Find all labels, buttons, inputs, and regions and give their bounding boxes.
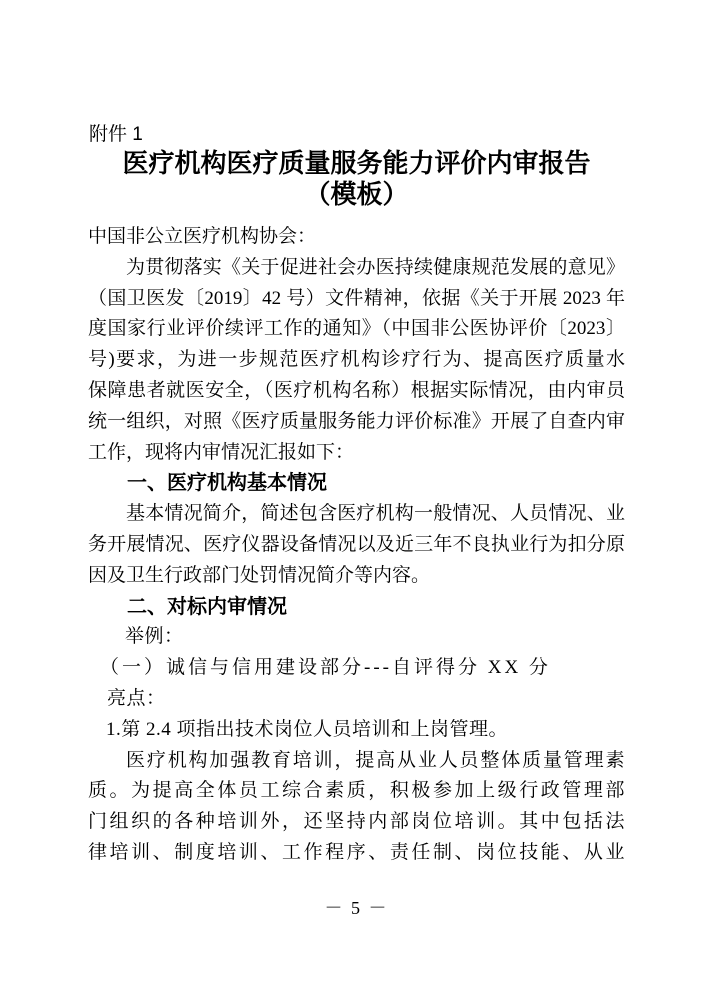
paragraph1-line: 度国家行业评价续评工作的通知》（中国非公医协评价〔2023〕: [88, 314, 625, 345]
example-label: 举例：: [88, 622, 625, 653]
section1-heading: 一、医疗机构基本情况: [88, 468, 625, 499]
paragraph1-line: 为贯彻落实《关于促进社会办医持续健康规范发展的意见》: [88, 253, 625, 284]
paragraph3-line: 质。为提高全体员工综合素质，积极参加上级行政管理部: [88, 776, 625, 807]
highlights-label: 亮点：: [88, 684, 625, 715]
document-body: 中国非公立医疗机构协会： 为贯彻落实《关于促进社会办医持续健康规范发展的意见》 …: [88, 222, 625, 869]
document-title-line1: 医疗机构医疗质量服务能力评价内审报告: [88, 148, 625, 179]
paragraph2-line: 务开展情况、医疗仪器设备情况以及近三年不良执业行为扣分原: [88, 530, 625, 561]
section2-heading: 二、对标内审情况: [88, 592, 625, 623]
highlight-item: 1.第 2.4 项指出技术岗位人员培训和上岗管理。: [88, 715, 625, 746]
paragraph1-line: 号)要求，为进一步规范医疗机构诊疗行为、提高医疗质量水平、: [88, 345, 625, 376]
paragraph3-line: 律培训、制度培训、工作程序、责任制、岗位技能、从业: [88, 838, 625, 869]
paragraph3-line: 门组织的各种培训外，还坚持内部岗位培训。其中包括法: [88, 807, 625, 838]
document-page: 附件 1 医疗机构医疗质量服务能力评价内审报告 （模板） 中国非公立医疗机构协会…: [0, 0, 703, 994]
paragraph2-line: 基本情况简介，简述包含医疗机构一般情况、人员情况、业: [88, 499, 625, 530]
paragraph1-line: 工作，现将内审情况汇报如下：: [88, 438, 625, 469]
attachment-label: 附件 1: [89, 123, 143, 147]
page-number: － 5 －: [88, 896, 625, 920]
paragraph2-line: 因及卫生行政部门处罚情况简介等内容。: [88, 561, 625, 592]
document-title: 医疗机构医疗质量服务能力评价内审报告 （模板）: [88, 148, 625, 210]
document-title-subtitle: （模板）: [88, 179, 625, 210]
item-heading: （一）诚信与信用建设部分---自评得分 XX 分: [88, 653, 625, 684]
paragraph1-line: （国卫医发〔2019〕42 号）文件精神，依据《关于开展 2023 年: [88, 284, 625, 315]
paragraph1-line: 保障患者就医安全，（医疗机构名称）根据实际情况，由内审员: [88, 376, 625, 407]
paragraph1-line: 统一组织，对照《医疗质量服务能力评价标准》开展了自查内审: [88, 407, 625, 438]
paragraph3-line: 医疗机构加强教育培训，提高从业人员整体质量管理素: [88, 746, 625, 777]
salutation: 中国非公立医疗机构协会：: [88, 222, 625, 253]
